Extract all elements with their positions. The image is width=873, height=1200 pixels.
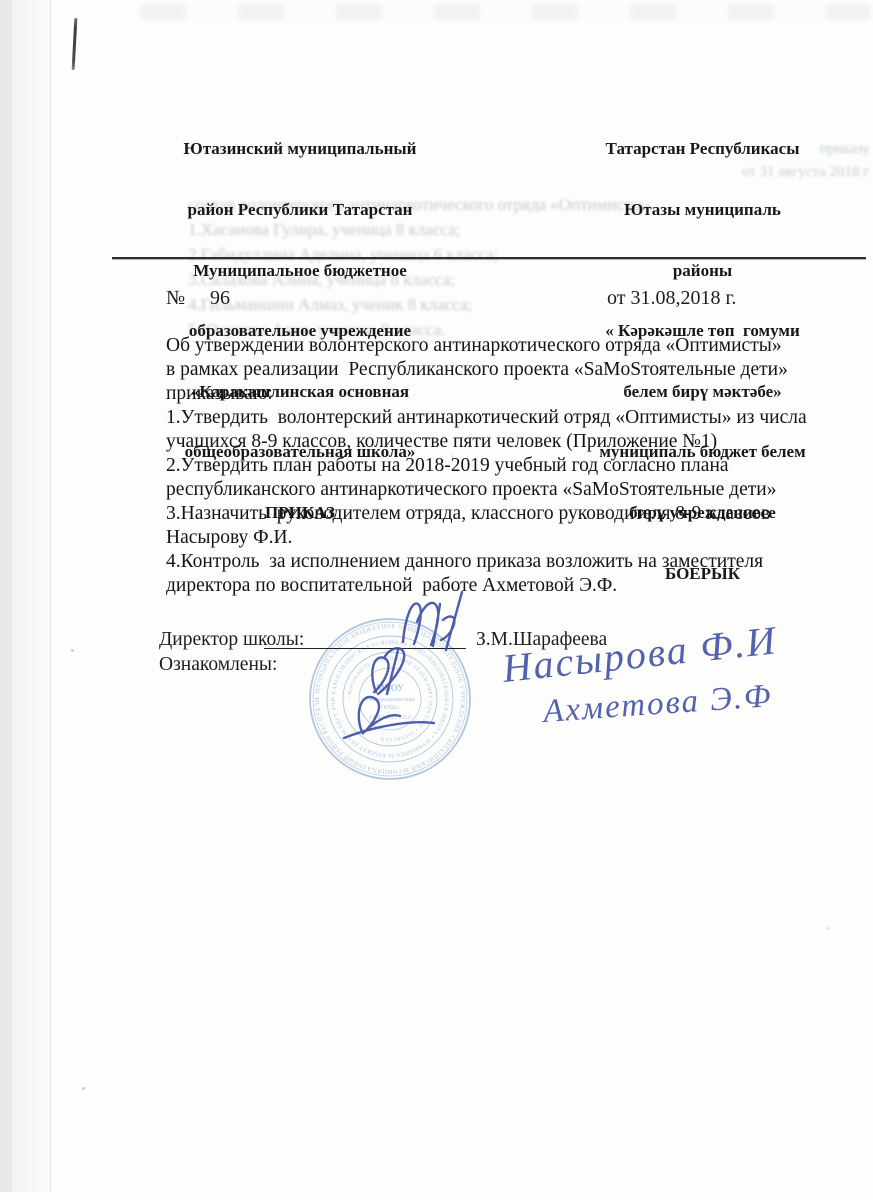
acknowledgment-signature-2 (344, 697, 434, 738)
order-number-value: 96 (210, 287, 230, 310)
letterhead-line: район Республики Татарстан (130, 200, 470, 220)
letterhead-line: Ютазы муниципаль (540, 200, 865, 220)
order-body-text: Об утверждении волонтерского антинаркоти… (166, 334, 807, 598)
body-line: 1.Утвердить волонтерский антинаркотическ… (166, 406, 807, 430)
staple-mark (72, 18, 78, 70)
handwritten-ink-layer: Насырова Ф.И Ахметова Э.Ф (300, 580, 830, 770)
scan-speck (82, 1087, 85, 1090)
scan-speck (826, 927, 829, 930)
body-line: 4.Контроль за исполнением данного приказ… (166, 550, 807, 574)
scanner-edge-strip (0, 0, 12, 1192)
scan-speck (71, 649, 74, 652)
letterhead-line: Татарстан Республикасы (540, 139, 865, 159)
body-line: приказываю: (166, 382, 807, 406)
letterhead-divider-rule (112, 257, 866, 259)
letterhead-line: районы (540, 261, 865, 281)
paper-edge-shadow (12, 0, 51, 1192)
scanned-order-document: { "document": { "type_ru": "ПРИКАЗ", "ty… (0, 0, 873, 1200)
body-line: республиканского антинаркотического прое… (166, 478, 807, 502)
director-signature-scribble (403, 592, 462, 650)
body-line: в рамках реализации Республиканского про… (166, 358, 807, 382)
order-number-sign: № (166, 287, 185, 310)
body-line: 2.Утвердить план работы на 2018-2019 уче… (166, 454, 807, 478)
body-line: 3.Назначить руководителем отряда, классн… (166, 502, 807, 526)
body-line: Об утверждении волонтерского антинаркоти… (166, 334, 807, 358)
body-line: Насырову Ф.И. (166, 526, 807, 550)
order-date: от 31.08,2018 г. (607, 287, 736, 310)
scan-smudge-band (140, 4, 871, 20)
acknowledgment-signature-1 (372, 648, 404, 694)
acknowledged-label: Ознакомлены: (159, 654, 277, 676)
letterhead-line: Муниципальное бюджетное (130, 261, 470, 281)
letterhead-line: Ютазинский муниципальный (130, 139, 470, 159)
handwritten-name-akhmetova: Ахметова Э.Ф (540, 678, 774, 730)
body-line: учащихся 8-9 классов, количестве пяти че… (166, 430, 807, 454)
